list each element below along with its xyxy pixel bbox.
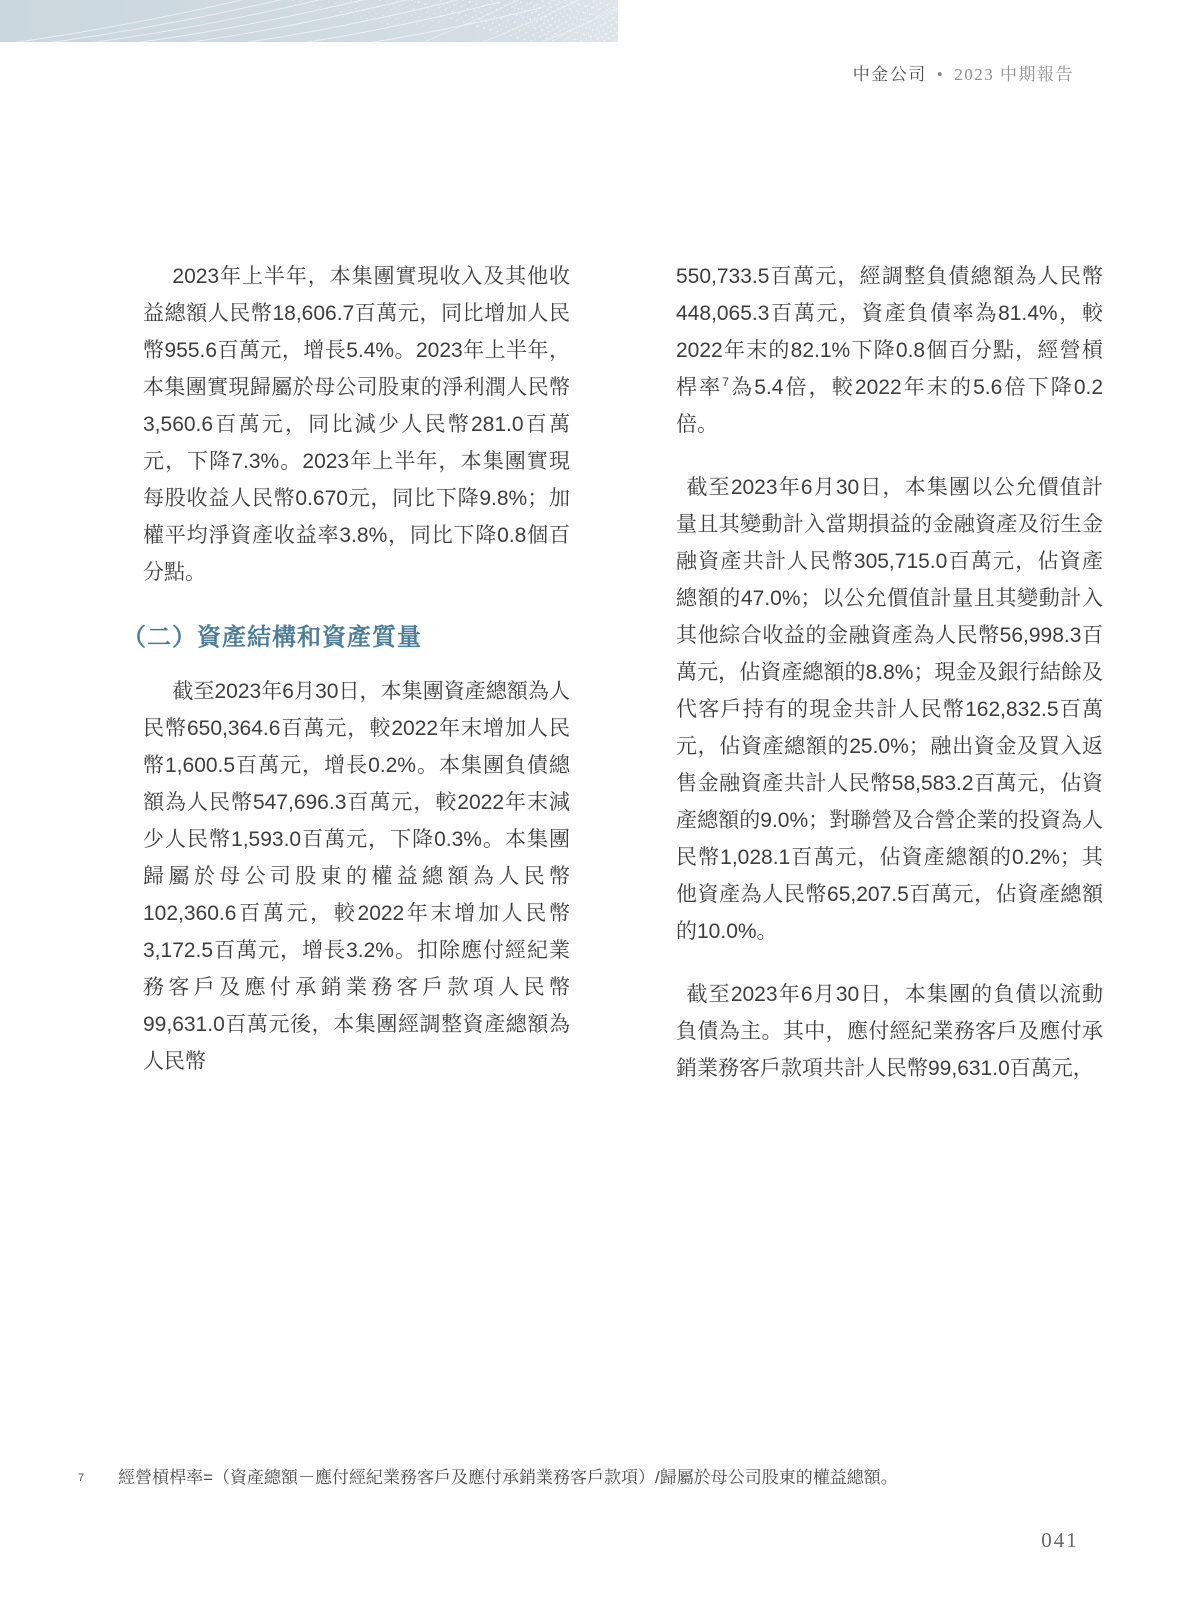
footnote-text: 經營槓桿率=（資產總額－應付經紀業務客戶及應付承銷業務客戶款項）/歸屬於母公司股… bbox=[118, 1468, 898, 1487]
page-root: { "header": { "brand": "中金公司", "bullet":… bbox=[0, 0, 1190, 1615]
report-title: 2023 中期報告 bbox=[954, 65, 1074, 84]
header-banner-graphic bbox=[0, 0, 618, 42]
paragraph-asset-totals: 截至2023年6月30日，本集團資產總額為人民幣650,364.6百萬元，較20… bbox=[143, 673, 570, 1080]
banner-wave-art bbox=[0, 0, 618, 42]
left-column: 2023年上半年，本集團實現收入及其他收益總額人民幣18,606.7百萬元，同比… bbox=[122, 258, 570, 1080]
report-header: 中金公司•2023 中期報告 bbox=[853, 60, 1074, 85]
brand-name: 中金公司 bbox=[853, 65, 927, 84]
header-bullet-icon: • bbox=[937, 65, 944, 84]
page-number: 041 bbox=[1010, 1528, 1110, 1553]
footnote-reference-7: 7 bbox=[722, 375, 729, 389]
footnote-marker: 7 bbox=[78, 1466, 84, 1490]
leverage-ratio-text: 為5.4倍，較2022年末的5.6倍下降0.2倍。 bbox=[676, 376, 1103, 436]
paragraph-adjusted-liabilities: 550,733.5百萬元，經調整負債總額為人民幣448,065.3百萬元，資產負… bbox=[676, 258, 1103, 443]
paragraph-performance-summary: 2023年上半年，本集團實現收入及其他收益總額人民幣18,606.7百萬元，同比… bbox=[143, 258, 570, 591]
section-heading-asset-structure: （二）資產結構和資產質量 bbox=[122, 621, 570, 655]
paragraph-liability-structure: 截至2023年6月30日，本集團的負債以流動負債為主。其中，應付經紀業務客戶及應… bbox=[676, 976, 1103, 1087]
paragraph-asset-composition: 截至2023年6月30日，本集團以公允價值計量且其變動計入當期損益的金融資產及衍… bbox=[676, 469, 1103, 950]
right-column: 550,733.5百萬元，經調整負債總額為人民幣448,065.3百萬元，資產負… bbox=[655, 258, 1103, 1087]
footnote: 7經營槓桿率=（資產總額－應付經紀業務客戶及應付承銷業務客戶款項）/歸屬於母公司… bbox=[78, 1466, 938, 1490]
